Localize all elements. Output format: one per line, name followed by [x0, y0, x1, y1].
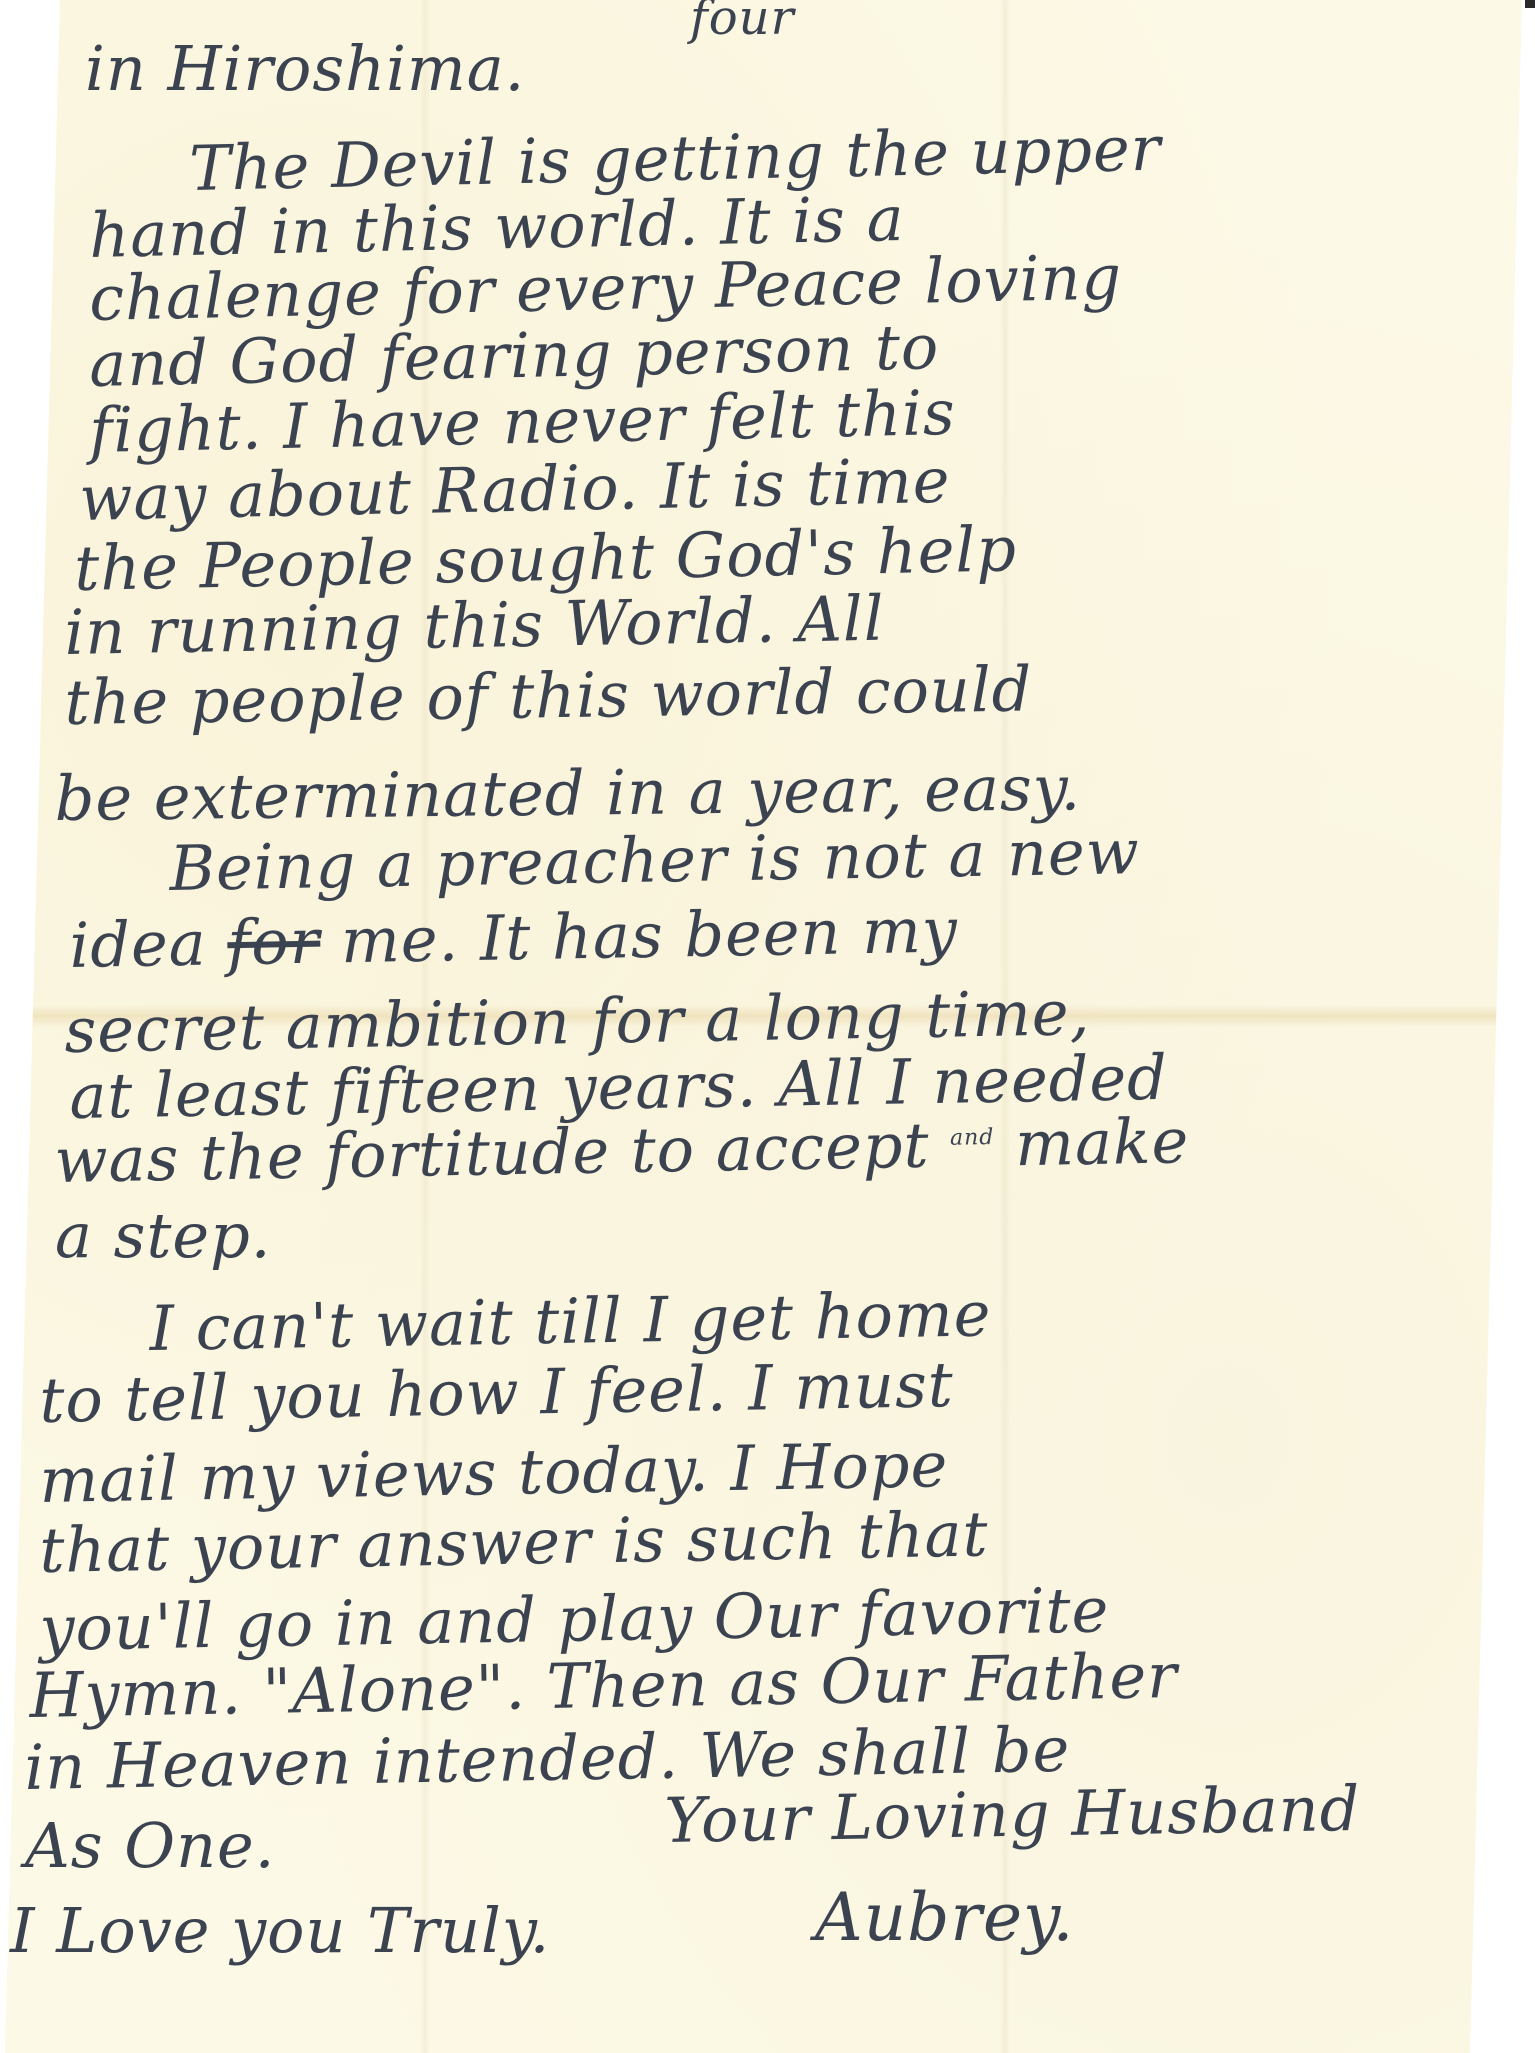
scan-corner-artifact [1525, 0, 1535, 8]
page-number: four [690, 0, 795, 42]
letter-line-start: idea [69, 907, 207, 982]
letter-line: Being a preacher is not a new [169, 821, 1140, 900]
letter-line-end: me. It has been my [340, 894, 958, 978]
letter-line: I can't wait till I get home [149, 1283, 992, 1360]
letter-line: in running this World. All [64, 588, 885, 664]
postscript: I Love you Truly. [10, 1900, 550, 1962]
letter-line: idea for me. It has been my [69, 900, 958, 977]
letter-line: As One. [25, 1815, 275, 1877]
letter-line: in Hiroshima. [85, 38, 525, 100]
letter-line-start: was the fortitude to accept [54, 1109, 930, 1197]
signature: Aubrey. [815, 1885, 1075, 1951]
letter-line: the people of this world could [64, 658, 1033, 734]
letter-line: that your answer is such that [39, 1503, 989, 1582]
letter-paper: four in Hiroshima. The Devil is getting … [0, 0, 1535, 2053]
struck-word: for [227, 905, 321, 980]
letter-line: a step. [55, 1205, 272, 1267]
letter-line: was the fortitude to accept and make [54, 1110, 1190, 1192]
letter-line: to tell you how I feel. I must [39, 1354, 954, 1432]
letter-line-end: make [1015, 1104, 1190, 1180]
closing-salutation: Your Loving Husband [664, 1778, 1361, 1852]
inserted-word: and [950, 1125, 995, 1151]
